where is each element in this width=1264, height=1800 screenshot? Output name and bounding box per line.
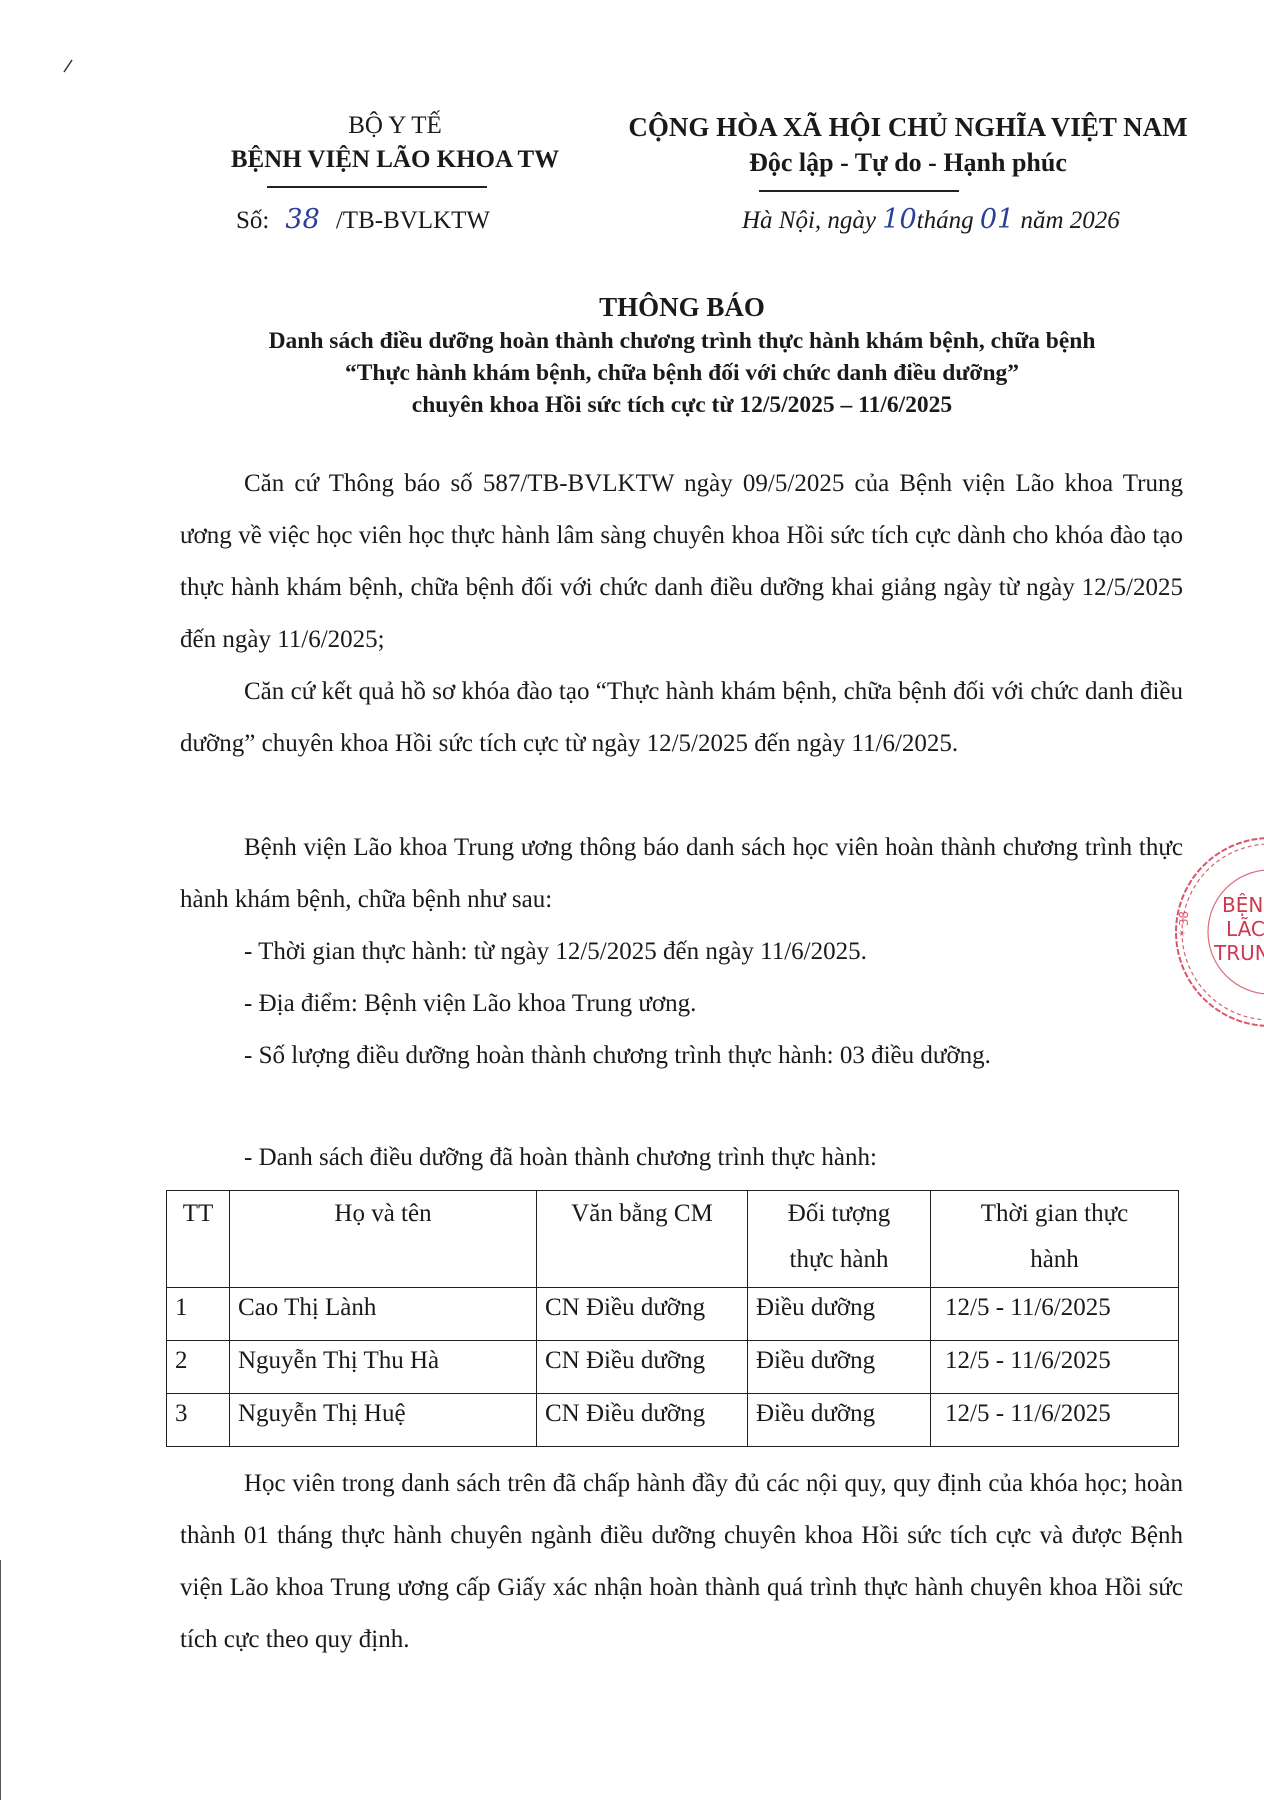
bullet-practice-time: - Thời gian thực hành: từ ngày 12/5/2025… bbox=[244, 938, 1247, 966]
date-month-label: tháng bbox=[917, 207, 974, 234]
cell-degree: CN Điều dưỡng bbox=[537, 1288, 748, 1341]
doc-number-suffix: /TB-BVLKTW bbox=[336, 207, 490, 234]
motto-underline bbox=[759, 190, 959, 192]
cell-degree: CN Điều dưỡng bbox=[537, 1394, 748, 1447]
col-header-name: Họ và tên bbox=[230, 1191, 537, 1288]
ministry-name: BỘ Y TẾ bbox=[190, 112, 600, 140]
cell-name: Nguyễn Thị Huệ bbox=[230, 1394, 537, 1447]
date-month: 01 bbox=[980, 204, 1014, 235]
svg-text:TRUN: TRUN bbox=[1213, 941, 1264, 965]
agency-underline bbox=[267, 186, 487, 188]
table-header-row: TT Họ và tên Văn bằng CM Đối tượngthực h… bbox=[167, 1191, 1179, 1288]
document-subtitle-1: Danh sách điều dưỡng hoàn thành chương t… bbox=[150, 328, 1214, 355]
paragraph-closing: Học viên trong danh sách trên đã chấp hà… bbox=[180, 1458, 1183, 1666]
cell-period: 12/5 - 11/6/2025 bbox=[931, 1341, 1179, 1394]
document-date: Hà Nội, ngày 10tháng 01 năm 2026 bbox=[742, 204, 1120, 235]
date-year: năm 2026 bbox=[1020, 207, 1119, 234]
cell-period: 12/5 - 11/6/2025 bbox=[931, 1394, 1179, 1447]
table-row: 1 Cao Thị Lành CN Điều dưỡng Điều dưỡng … bbox=[167, 1288, 1179, 1341]
official-seal-stamp: * 38 BỆN LÃC TRUN bbox=[1170, 832, 1264, 1032]
cell-tt: 3 bbox=[167, 1394, 230, 1447]
agency-name: BỆNH VIỆN LÃO KHOA TW bbox=[170, 146, 620, 174]
cell-object: Điều dưỡng bbox=[748, 1341, 931, 1394]
bullet-practice-list: - Danh sách điều dưỡng đã hoàn thành chư… bbox=[244, 1144, 1247, 1172]
national-motto: Độc lập - Tự do - Hạnh phúc bbox=[608, 148, 1208, 178]
document-title: THÔNG BÁO bbox=[150, 292, 1214, 323]
cell-object: Điều dưỡng bbox=[748, 1394, 931, 1447]
col-header-tt: TT bbox=[167, 1191, 230, 1288]
cell-name: Cao Thị Lành bbox=[230, 1288, 537, 1341]
cell-name: Nguyễn Thị Thu Hà bbox=[230, 1341, 537, 1394]
col-header-degree: Văn bằng CM bbox=[537, 1191, 748, 1288]
table-row: 3 Nguyễn Thị Huệ CN Điều dưỡng Điều dưỡn… bbox=[167, 1394, 1179, 1447]
col-header-period: Thời gian thựchành bbox=[931, 1191, 1179, 1288]
scan-artifact bbox=[60, 48, 90, 78]
paragraph-basis-2: Căn cứ kết quả hồ sơ khóa đào tạo “Thực … bbox=[180, 666, 1183, 770]
country-name: CỘNG HÒA XÃ HỘI CHỦ NGHĨA VIỆT NAM bbox=[608, 112, 1208, 143]
paragraph-announcement: Bệnh viện Lão khoa Trung ương thông báo … bbox=[180, 822, 1183, 926]
col-header-object: Đối tượngthực hành bbox=[748, 1191, 931, 1288]
cell-object: Điều dưỡng bbox=[748, 1288, 931, 1341]
cell-period: 12/5 - 11/6/2025 bbox=[931, 1288, 1179, 1341]
document-number: Số: 38 /TB-BVLKTW bbox=[236, 204, 490, 235]
svg-text:BỆN: BỆN bbox=[1222, 893, 1263, 917]
cell-degree: CN Điều dưỡng bbox=[537, 1341, 748, 1394]
document-subtitle-3: chuyên khoa Hồi sức tích cực từ 12/5/202… bbox=[150, 392, 1214, 419]
svg-text:LÃC: LÃC bbox=[1226, 917, 1264, 941]
date-prefix: Hà Nội, ngày bbox=[742, 207, 876, 234]
svg-text:* 38: * 38 bbox=[1177, 911, 1191, 936]
date-day: 10 bbox=[882, 204, 916, 235]
table-row: 2 Nguyễn Thị Thu Hà CN Điều dưỡng Điều d… bbox=[167, 1341, 1179, 1394]
scan-edge bbox=[0, 1560, 1, 1800]
bullet-practice-count: - Số lượng điều dưỡng hoàn thành chương … bbox=[244, 1030, 1183, 1082]
cell-tt: 1 bbox=[167, 1288, 230, 1341]
bullet-practice-place: - Địa điểm: Bệnh viện Lão khoa Trung ươn… bbox=[244, 990, 1247, 1018]
paragraph-basis-1: Căn cứ Thông báo số 587/TB-BVLKTW ngày 0… bbox=[180, 458, 1183, 666]
cell-tt: 2 bbox=[167, 1341, 230, 1394]
completion-table: TT Họ và tên Văn bằng CM Đối tượngthực h… bbox=[166, 1190, 1179, 1447]
doc-number-label: Số: bbox=[236, 207, 269, 234]
document-subtitle-2: “Thực hành khám bệnh, chữa bệnh đối với … bbox=[150, 360, 1214, 387]
doc-number-handwritten: 38 bbox=[276, 204, 330, 235]
